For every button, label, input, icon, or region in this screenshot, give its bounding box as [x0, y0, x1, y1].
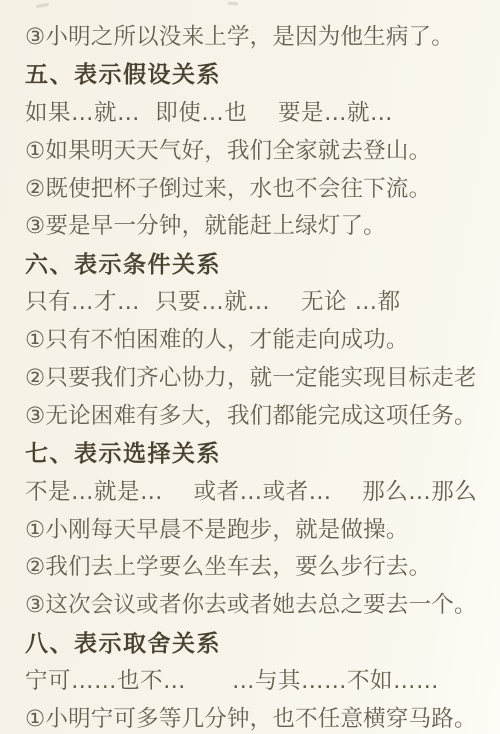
section-heading-choice: 七、表示选择关系: [25, 433, 490, 471]
example-line: ②我们去上学要么坐车去，要么步行去。: [25, 546, 490, 584]
conjunction-pattern-line: 宁可……也不… …与其……不如……: [25, 660, 490, 698]
conjunction-pattern-line: 只有…才… 只要…就… 无论 …都: [25, 281, 490, 319]
page-top-artifact: [228, 1, 238, 5]
example-line: ②只要我们齐心协力，就一定能实现目标走老: [25, 357, 490, 395]
section-heading-preference: 八、表示取舍关系: [25, 622, 490, 660]
example-line: ③无论困难有多大，我们都能完成这项任务。: [25, 395, 490, 433]
example-line: ①小明宁可多等几分钟，也不任意横穿马路。: [25, 698, 490, 734]
example-line: ①小刚每天早晨不是跑步，就是做操。: [25, 509, 490, 547]
example-line: ③要是早一分钟，就能赶上绿灯了。: [25, 205, 490, 243]
example-line: ①如果明天天气好，我们全家就去登山。: [25, 130, 490, 168]
section-heading-condition: 六、表示条件关系: [25, 243, 490, 281]
conjunction-pattern-line: 如果…就… 即使…也 要是…就…: [25, 92, 490, 130]
conjunction-pattern-line: 不是…就是… 或者…或者… 那么…那么: [25, 471, 490, 509]
example-line: ③小明之所以没来上学，是因为他生病了。: [25, 16, 490, 54]
worksheet-page: ③小明之所以没来上学，是因为他生病了。 五、表示假设关系 如果…就… 即使…也 …: [0, 0, 500, 734]
example-line: ③这次会议或者你去或者她去总之要去一个。: [25, 584, 490, 622]
example-line: ①只有不怕困难的人，才能走向成功。: [25, 319, 490, 357]
section-heading-hypothesis: 五、表示假设关系: [25, 54, 490, 92]
example-line: ②既使把杯子倒过来，水也不会往下流。: [25, 168, 490, 206]
page-top-artifact: [36, 3, 49, 8]
